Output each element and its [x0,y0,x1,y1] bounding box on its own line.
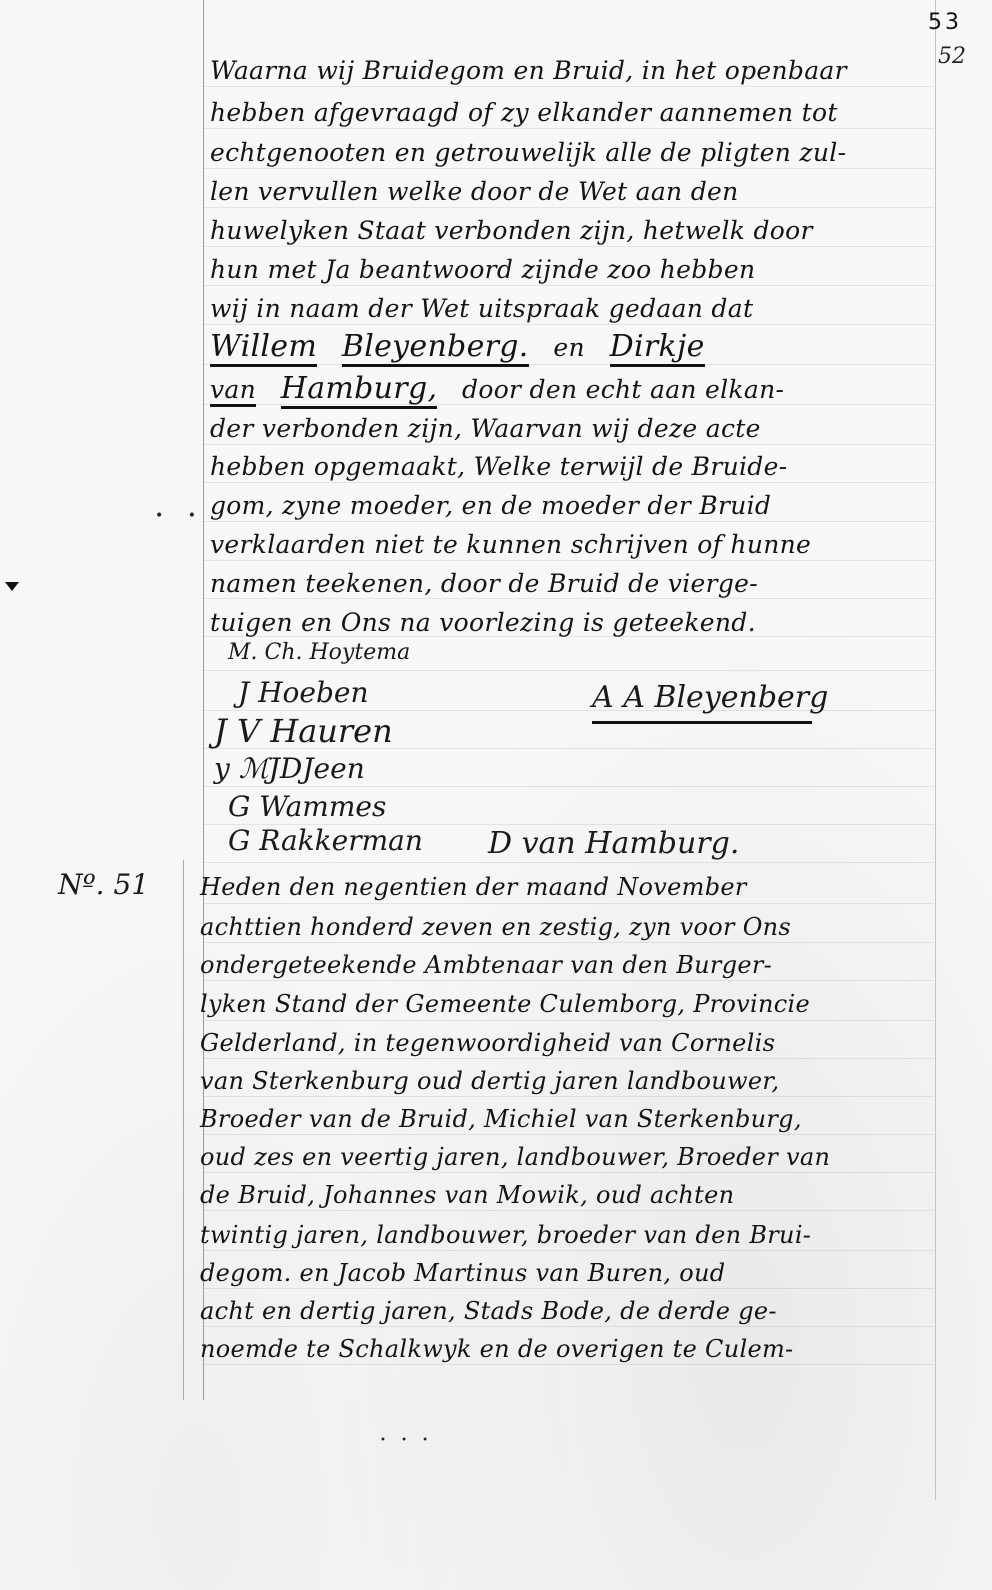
text-line: noemde te Schalkwyk en de overigen te Cu… [200,1334,920,1364]
text-line: ondergeteekende Ambtenaar van den Burger… [200,950,920,980]
ruled-line [204,862,934,863]
text-line: oud zes en veertig jaren, landbouwer, Br… [200,1142,920,1172]
ruled-line [204,246,934,247]
text-line: achttien honderd zeven en zestig, zyn vo… [200,912,920,942]
official-signature: A A Bleyenberg [592,680,812,724]
ruled-line [204,786,934,787]
text-fragment: door den echt aan elkan- [462,375,784,404]
left-margin-rule-lower [183,860,184,1400]
text-line: Waarna wij Bruidegom en Bruid, in het op… [210,56,930,86]
text-line: hebben opgemaakt, Welke terwijl de Bruid… [210,452,930,482]
ruled-line [204,1058,934,1059]
text-line: Gelderland, in tegenwoordigheid van Corn… [200,1028,920,1058]
text-line: huwelyken Staat verbonden zijn, hetwelk … [210,216,930,246]
ruled-line [204,670,934,671]
text-line: acht en dertig jaren, Stads Bode, de der… [200,1296,920,1326]
text-line: van Sterkenburg oud dertig jaren landbou… [200,1066,920,1096]
text-line: wij in naam der Wet uitspraak gedaan dat [210,294,930,324]
text-line: Heden den negentien der maand November [200,872,920,902]
groom-last-name: Bleyenberg. [342,329,529,367]
text-line: verklaarden niet te kunnen schrijven of … [210,530,930,560]
ruled-line [204,560,934,561]
groom-first-name: Willem [210,329,317,367]
ruled-line [204,1326,934,1327]
ruled-line [204,207,934,208]
page-number-old: 52 [938,44,966,69]
names-line: Willem Bleyenberg. en Dirkje [210,332,930,363]
stray-marks: • • • [380,1435,434,1446]
conjunction: en [553,333,585,362]
text-line: hun met Ja beantwoord zijnde zoo hebben [210,255,930,285]
text-line: namen teekenen, door de Bruid de vierge- [210,569,930,599]
ruled-line [204,1020,934,1021]
signature: G Wammes [228,790,386,823]
text-line: echtgenooten en getrouwelijk alle de pli… [210,138,930,168]
signature: J V Hauren [214,712,393,750]
text-line: tuigen en Ons na voorlezing is geteekend… [210,608,930,638]
signature: y ℳJDJeen [214,752,365,785]
ruled-line [204,128,934,129]
bride-first-name: Dirkje [610,329,705,367]
ruled-line [204,1288,934,1289]
bride-last-name: Hamburg, [281,371,438,409]
ruled-line [204,444,934,445]
bride-prefix: van [210,375,256,407]
text-line: len vervullen welke door de Wet aan den [210,177,930,207]
ruled-line [204,324,934,325]
text-line: lyken Stand der Gemeente Culemborg, Prov… [200,989,920,1019]
text-line: hebben afgevraagd of zy elkander aanneme… [210,98,930,128]
ruled-line [204,168,934,169]
signature: G Rakkerman [228,824,423,857]
margin-dots: • • [155,508,206,524]
signature: J Hoeben [238,676,369,709]
ruled-line [204,285,934,286]
ruled-line [204,1364,934,1365]
ruled-line [204,980,934,981]
document-page: 53 52 Waarna wij Bruidegom en Bruid, in … [0,0,992,1590]
ruled-line [204,903,934,904]
right-margin-rule [935,0,936,1500]
ruled-line [204,942,934,943]
ruled-line [204,521,934,522]
ruled-line [204,482,934,483]
text-line: gom, zyne moeder, en de moeder der Bruid [210,491,930,521]
page-number: 53 [928,10,962,35]
text-line: der verbonden zijn, Waarvan wij deze act… [210,414,930,444]
ruled-line [204,1172,934,1173]
ruled-line [204,1250,934,1251]
record-number: Nº. 51 [58,868,149,901]
ruled-line [204,1134,934,1135]
text-line: Broeder van de Bruid, Michiel van Sterke… [200,1104,920,1134]
text-line: van Hamburg, door den echt aan elkan- [210,374,930,405]
margin-arrow-marker [5,582,19,591]
ruled-line [204,1096,934,1097]
text-line: de Bruid, Johannes van Mowik, oud achten [200,1180,920,1210]
signature: M. Ch. Hoytema [228,640,410,665]
text-line: twintig jaren, landbouwer, broeder van d… [200,1220,920,1250]
bride-signature: D van Hamburg. [488,826,739,861]
text-line: degom. en Jacob Martinus van Buren, oud [200,1258,920,1288]
ruled-line [204,1210,934,1211]
ruled-line [204,86,934,87]
